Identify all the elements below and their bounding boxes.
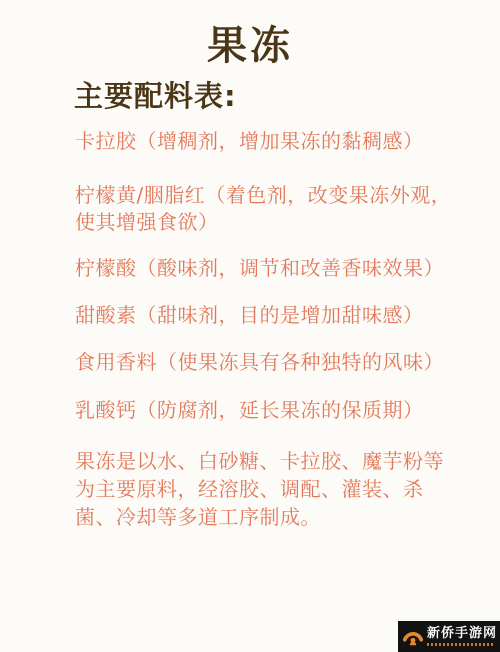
- ingredient-text: 食用香料（使果冻具有各种独特的风味）: [75, 349, 475, 376]
- ingredient-text: 乳酸钙（防腐剂，延长果冻的保质期）: [75, 397, 475, 424]
- ingredient-item: 柠檬黄/胭脂红（着色剂，改变果冻外观， 使其增强食欲）: [75, 182, 475, 236]
- ingredient-text: 柠檬酸（酸味剂，调节和改善香味效果）: [75, 255, 475, 282]
- summary-paragraph: 果冻是以水、白砂糖、卡拉胶、魔芋粉等 为主要原料，经溶胶、调配、灌装、杀 菌、冷…: [75, 447, 475, 531]
- summary-line: 菌、冷却等多道工序制成。: [75, 503, 475, 531]
- ingredient-item: 卡拉胶（增稠剂，增加果冻的黏稠感）: [75, 128, 475, 155]
- page-title: 果冻: [0, 14, 500, 71]
- ingredient-item: 乳酸钙（防腐剂，延长果冻的保质期）: [75, 397, 475, 424]
- ingredient-item: 食用香料（使果冻具有各种独特的风味）: [75, 349, 475, 376]
- summary-line: 果冻是以水、白砂糖、卡拉胶、魔芋粉等: [75, 447, 475, 475]
- ingredient-text: 柠檬黄/胭脂红（着色剂，改变果冻外观，: [75, 182, 475, 209]
- watermark-tagline: [427, 643, 493, 646]
- summary-line: 为主要原料，经溶胶、调配、灌装、杀: [75, 475, 475, 503]
- ingredient-text: 卡拉胶（增稠剂，增加果冻的黏稠感）: [75, 128, 475, 155]
- watermark-text-column: 新侨手游网: [427, 627, 497, 646]
- ingredients-list: 卡拉胶（增稠剂，增加果冻的黏稠感） 柠檬黄/胭脂红（着色剂，改变果冻外观， 使其…: [75, 128, 475, 531]
- ingredient-text: 甜酸素（甜味剂，目的是增加甜味感）: [75, 302, 475, 329]
- watermark-site-name: 新侨手游网: [427, 627, 497, 641]
- ingredient-text: 使其增强食欲）: [75, 209, 475, 236]
- house-roof-icon: [401, 625, 425, 649]
- ingredient-item: 柠檬酸（酸味剂，调节和改善香味效果）: [75, 255, 475, 282]
- jelly-infographic-page: 果冻 主要配料表: 卡拉胶（增稠剂，增加果冻的黏稠感） 柠檬黄/胭脂红（着色剂，…: [0, 0, 500, 652]
- ingredients-heading: 主要配料表:: [74, 74, 237, 115]
- ingredient-item: 甜酸素（甜味剂，目的是增加甜味感）: [75, 302, 475, 329]
- watermark-badge: 新侨手游网: [398, 621, 500, 652]
